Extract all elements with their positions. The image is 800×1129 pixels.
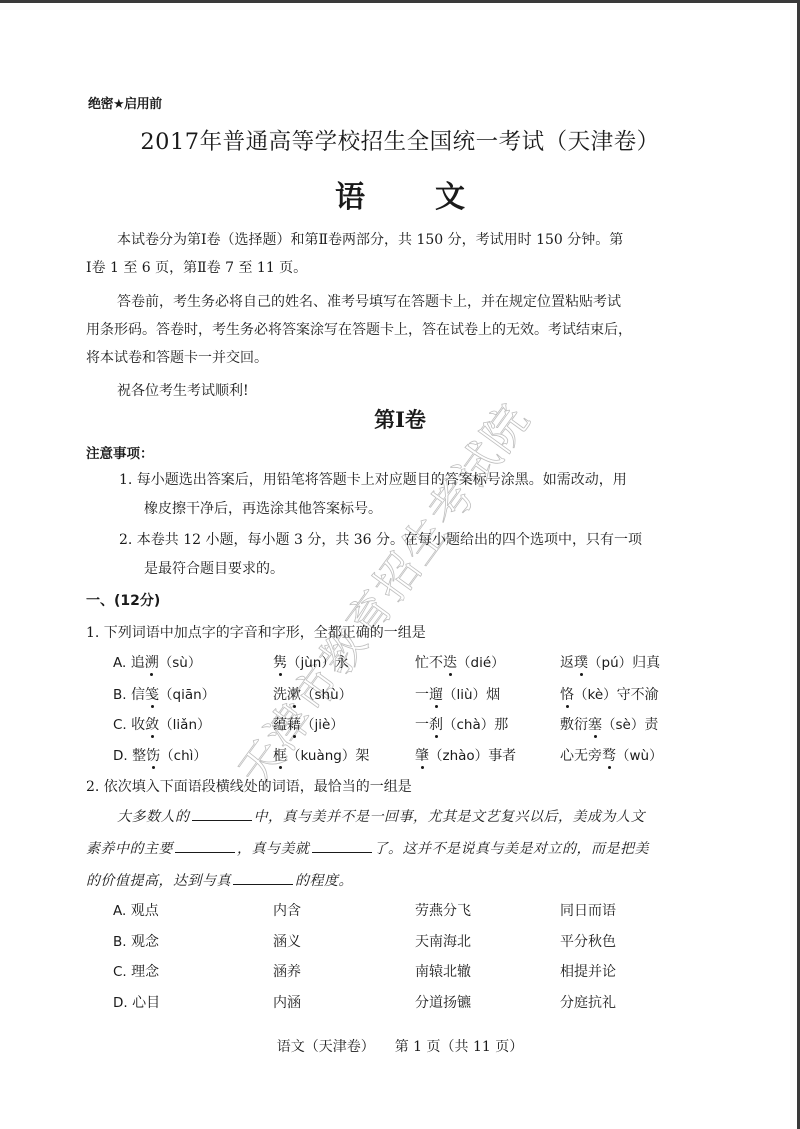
passage-text: 大多数人的 xyxy=(117,809,190,825)
option-label: A. xyxy=(113,655,126,671)
question-2-passage-line: 素养中的主要，真与美就了。这并不是说真与美是对立的，而是把美 xyxy=(86,838,649,858)
notice-heading: 注意事项： xyxy=(86,442,154,462)
pinyin: （sù） xyxy=(159,655,202,671)
question-1-option-a: A. 追溯（sù） 隽（jùn）永 忙不迭（dié） 返璞（pú）归真 xyxy=(0,651,800,675)
pinyin: （jùn） xyxy=(287,655,335,671)
option-word: 观点 xyxy=(131,903,159,919)
word-part: 架 xyxy=(355,748,369,764)
dotted-char: 笺 xyxy=(145,684,159,704)
dotted-char: 遛 xyxy=(429,684,443,704)
passage-text: 中，真与美并不是一回事，尤其是文艺复兴以后，美成为人文 xyxy=(254,809,646,825)
footer-subject: 语文（天津卷） xyxy=(277,1039,375,1055)
option-label: A. xyxy=(113,903,126,919)
pinyin: （chì） xyxy=(160,748,207,764)
pinyin: （qiān） xyxy=(159,687,215,703)
option-cell: 忙不迭（dié） xyxy=(415,651,505,672)
word-part: 那 xyxy=(494,717,508,733)
dotted-char: 隽 xyxy=(273,652,287,672)
question-2-option-b: B. 观念 涵义 天南海北 平分秋色 xyxy=(0,931,800,955)
intro-paragraph-2-cont: 将本试卷和答题卡一并交回。 xyxy=(86,344,268,372)
option-cell: D. 整饬（chì） xyxy=(113,744,207,765)
option-cell: 肇（zhào）事者 xyxy=(415,744,516,765)
option-word: 内含 xyxy=(273,900,301,920)
option-word: 分庭抗礼 xyxy=(560,992,616,1012)
word-part: 一 xyxy=(415,687,429,703)
pinyin: （shù） xyxy=(301,687,352,703)
fill-blank xyxy=(192,806,252,821)
subject-char: 语 xyxy=(335,172,365,216)
option-cell: 心无旁骛（wù） xyxy=(560,744,663,765)
question-1-option-d: D. 整饬（chì） 框（kuàng）架 肇（zhào）事者 心无旁骛（wù） xyxy=(0,744,800,768)
fill-blank xyxy=(233,870,293,885)
question-1-option-b: B. 信笺（qiān） 洗漱（shù） 一遛（liù）烟 恪（kè）守不渝 xyxy=(0,683,800,707)
notice-item: 2. 本卷共 12 小题，每小题 3 分，共 36 分。在每小题给出的四个选项中… xyxy=(119,529,642,549)
word-part: 返 xyxy=(560,655,574,671)
option-word: 同日而语 xyxy=(560,900,616,920)
word-part: 心无旁 xyxy=(560,748,602,764)
passage-text: 的价值提高，达到与真 xyxy=(86,873,231,889)
option-cell: B. 信笺（qiān） xyxy=(113,683,215,704)
word-part: 归真 xyxy=(632,655,660,671)
option-cell: C. 理念 xyxy=(113,961,159,981)
dotted-char: 骛 xyxy=(602,745,616,765)
subject-title: 语文 xyxy=(0,172,800,216)
word-part: 整 xyxy=(132,748,146,764)
question-2-option-a: A. 观点 内含 劳燕分飞 同日而语 xyxy=(0,900,800,924)
option-word: 相提并论 xyxy=(560,961,616,981)
dotted-char: 肇 xyxy=(415,745,429,765)
word-part: 守不渝 xyxy=(617,687,659,703)
passage-text: 了。这并不是说真与美是对立的，而是把美 xyxy=(374,841,650,857)
word-part: 洗 xyxy=(273,687,287,703)
option-label: D. xyxy=(113,995,128,1011)
option-cell: 恪（kè）守不渝 xyxy=(560,683,659,704)
word-part: 事者 xyxy=(488,748,516,764)
pinyin: （zhào） xyxy=(429,748,488,764)
pinyin: （liù） xyxy=(443,687,486,703)
word-part: 蕴 xyxy=(273,717,287,733)
option-label: B. xyxy=(113,934,127,950)
word-part: 追 xyxy=(131,655,145,671)
question-2-option-d: D. 心目 内涵 分道扬镳 分庭抗礼 xyxy=(0,992,800,1016)
word-part: 责 xyxy=(644,717,658,733)
dotted-char: 溯 xyxy=(145,652,159,672)
intro-paragraph-1-cont: Ⅰ卷 1 至 6 页，第Ⅱ卷 7 至 11 页。 xyxy=(86,254,307,282)
option-cell: 返璞（pú）归真 xyxy=(560,651,660,672)
intro-paragraph-3: 祝各位考生考试顺利! xyxy=(117,377,249,405)
subject-char: 文 xyxy=(435,172,465,216)
exam-title: 2017年普通高等学校招生全国统一考试（天津卷） xyxy=(0,124,800,156)
dotted-char: 敛 xyxy=(145,714,159,734)
option-word: 劳燕分飞 xyxy=(415,900,471,920)
confidential-label: 绝密★启用前 xyxy=(88,93,162,112)
word-part: 敷衍 xyxy=(560,717,588,733)
option-cell: A. 观点 xyxy=(113,900,159,920)
option-cell: 敷衍塞（sè）责 xyxy=(560,713,658,734)
option-word: 分道扬镳 xyxy=(415,992,471,1012)
option-label: D. xyxy=(113,748,128,764)
fill-blank xyxy=(312,838,372,853)
intro-paragraph-2: 答卷前，考生务必将自己的姓名、准考号填写在答题卡上，并在规定位置粘贴考试 xyxy=(117,288,621,316)
dotted-char: 饬 xyxy=(146,745,160,765)
passage-text: ，真与美就 xyxy=(237,841,310,857)
intro-paragraph-2-cont: 用条形码。答卷时，考生务必将答案涂写在答题卡上，答在试卷上的无效。考试结束后， xyxy=(86,316,632,344)
option-cell: B. 观念 xyxy=(113,931,159,951)
question-2-passage-line: 的价值提高，达到与真的程度。 xyxy=(86,870,353,890)
dotted-char: 漱 xyxy=(287,684,301,704)
option-cell: 一刹（chà）那 xyxy=(415,713,508,734)
question-2-passage-line: 大多数人的中，真与美并不是一回事，尤其是文艺复兴以后，美成为人文 xyxy=(117,806,645,826)
exam-page: 天津市教育招生考试院 绝密★启用前 2017年普通高等学校招生全国统一考试（天津… xyxy=(0,0,800,1129)
fill-blank xyxy=(175,838,235,853)
option-cell: 蕴藉（jiè） xyxy=(273,713,344,734)
passage-text: 素养中的主要 xyxy=(86,841,173,857)
pinyin: （chà） xyxy=(443,717,494,733)
footer-page-number: 第 1 页（共 11 页） xyxy=(395,1039,524,1055)
dotted-char: 刹 xyxy=(429,714,443,734)
option-word: 天南海北 xyxy=(415,931,471,951)
option-cell: D. 心目 xyxy=(113,992,160,1012)
option-word: 南辕北辙 xyxy=(415,961,471,981)
option-cell: 框（kuàng）架 xyxy=(273,744,369,765)
word-part: 忙不 xyxy=(415,655,443,671)
dotted-char: 迭 xyxy=(443,652,457,672)
word-part: 信 xyxy=(131,687,145,703)
option-word: 内涵 xyxy=(273,992,301,1012)
option-word: 观念 xyxy=(131,934,159,950)
pinyin: （kuàng） xyxy=(287,748,355,764)
word-part: 烟 xyxy=(486,687,500,703)
option-cell: A. 追溯（sù） xyxy=(113,651,201,672)
page-footer: 语文（天津卷）第 1 页（共 11 页） xyxy=(0,1036,800,1056)
option-label: C. xyxy=(113,964,127,980)
option-word: 涵养 xyxy=(273,961,301,981)
question-1-option-c: C. 收敛（liǎn） 蕴藉（jiè） 一刹（chà）那 敷衍塞（sè）责 xyxy=(0,713,800,737)
option-cell: 洗漱（shù） xyxy=(273,683,352,704)
option-cell: 一遛（liù）烟 xyxy=(415,683,500,704)
option-word: 理念 xyxy=(131,964,159,980)
pinyin: （jiè） xyxy=(301,717,344,733)
option-cell: C. 收敛（liǎn） xyxy=(113,713,211,734)
intro-paragraph-1: 本试卷分为第Ⅰ卷（选择题）和第Ⅱ卷两部分，共 150 分，考试用时 150 分钟… xyxy=(117,226,623,254)
word-part: 永 xyxy=(335,655,349,671)
option-label: C. xyxy=(113,717,127,733)
word-part: 收 xyxy=(131,717,145,733)
notice-item-cont: 橡皮擦干净后，再选涂其他答案标号。 xyxy=(144,498,382,518)
notice-item-cont: 是最符合题目要求的。 xyxy=(144,558,284,578)
dotted-char: 恪 xyxy=(560,684,574,704)
section-heading: 一、(12分) xyxy=(86,590,160,610)
option-word: 平分秋色 xyxy=(560,931,616,951)
dotted-char: 璞 xyxy=(574,652,588,672)
pinyin: （kè） xyxy=(574,687,617,703)
option-cell: 隽（jùn）永 xyxy=(273,651,349,672)
volume-title: 第Ⅰ卷 xyxy=(0,404,800,434)
question-1-stem: 1. 下列词语中加点字的字音和字形，全都正确的一组是 xyxy=(86,622,426,642)
pinyin: （sè） xyxy=(602,717,644,733)
question-2-stem: 2. 依次填入下面语段横线处的词语，最恰当的一组是 xyxy=(86,776,412,796)
option-word: 心目 xyxy=(132,995,160,1011)
pinyin: （pú） xyxy=(588,655,632,671)
pinyin: （liǎn） xyxy=(159,717,210,733)
pinyin: （dié） xyxy=(457,655,505,671)
word-part: 一 xyxy=(415,717,429,733)
option-word: 涵义 xyxy=(273,931,301,951)
notice-item: 1. 每小题选出答案后，用铅笔将答题卡上对应题目的答案标号涂黑。如需改动，用 xyxy=(119,469,627,489)
pinyin: （wù） xyxy=(616,748,663,764)
dotted-char: 藉 xyxy=(287,714,301,734)
passage-text: 的程度。 xyxy=(295,873,353,889)
dotted-char: 塞 xyxy=(588,714,602,734)
option-label: B. xyxy=(113,687,127,703)
question-2-option-c: C. 理念 涵养 南辕北辙 相提并论 xyxy=(0,961,800,985)
dotted-char: 框 xyxy=(273,745,287,765)
